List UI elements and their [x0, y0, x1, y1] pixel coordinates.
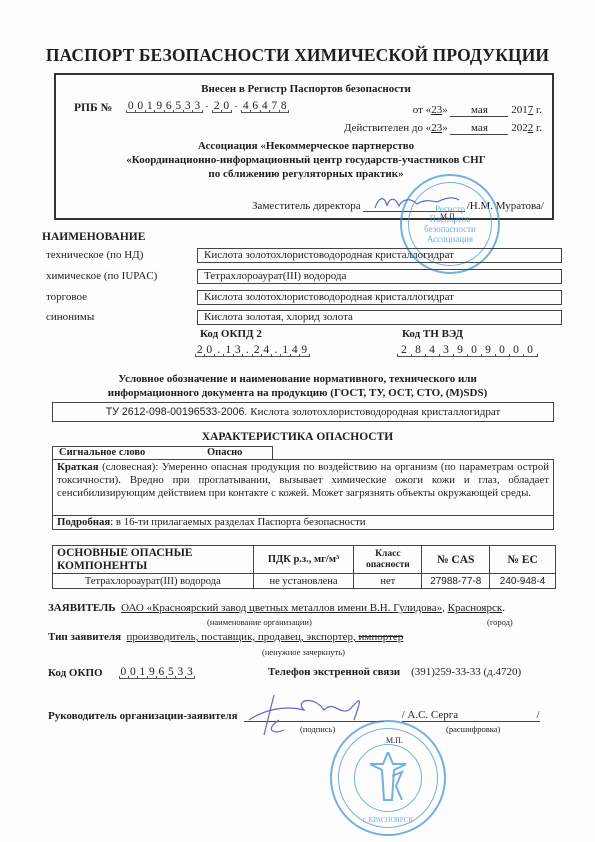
hazard-description-box: Краткая (словесная): Умеренно опасная пр… [52, 459, 554, 530]
digit: 0 [523, 344, 537, 357]
digit: 4 [262, 344, 272, 357]
header-hazard-class: Класс опасности [354, 546, 422, 574]
header-ec: № ЕС [490, 546, 556, 574]
normative-caption: Условное обозначение и наименование норм… [0, 372, 595, 400]
stamp-mark: М.П. [386, 736, 403, 745]
components-table: ОСНОВНЫЕ ОПАСНЫЕ КОМПОНЕНТЫ ПДК р.з., мг… [52, 545, 556, 589]
head-signature-line [244, 710, 384, 722]
caption-line: информационного документа на продукцию (… [0, 386, 595, 400]
header-cas: № CAS [422, 546, 490, 574]
date-valid: Действителен до «23» мая 2022 г. [344, 122, 542, 135]
cell-component: Тетрахлороаурат(III) водорода [53, 574, 254, 589]
applicant-label: ЗАЯВИТЕЛЬ [48, 602, 116, 614]
date-from: от «23» мая 2017 г. [413, 104, 542, 117]
digit: 0 [205, 344, 215, 357]
applicant-row: ЗАЯВИТЕЛЬ ОАО «Красноярский завод цветны… [48, 602, 505, 614]
digit: 6 [157, 666, 167, 679]
digit: 0 [136, 100, 146, 113]
digit: 3 [176, 666, 186, 679]
digit: 3 [193, 100, 203, 113]
digit: 4 [260, 100, 270, 113]
separator: · [202, 101, 212, 113]
digit: . [271, 344, 281, 357]
slash: / [537, 709, 540, 721]
digit: 9 [155, 100, 165, 113]
digit: 2 [252, 344, 262, 357]
okpo-code: 00196533 [119, 666, 195, 679]
digit: 7 [270, 100, 280, 113]
okpd-code: 20.13.24.149 [195, 344, 309, 357]
signal-word-label: Сигнальное слово [59, 447, 145, 458]
cell-ec: 240-948-4 [490, 574, 556, 589]
type-caption: (ненужное зачеркнуть) [262, 647, 345, 657]
hazard-short-label: Краткая [57, 461, 99, 473]
date-prefix: до [412, 122, 423, 134]
name-label-chemical: химическое (по IUPAC) [46, 270, 157, 282]
digit: 2 [212, 100, 222, 113]
okpo-label: Код ОКПО [48, 667, 103, 679]
digit: 0 [126, 100, 136, 113]
digit: 9 [481, 344, 495, 357]
signal-word-value: Опасно [207, 447, 242, 459]
table-header-row: ОСНОВНЫЕ ОПАСНЫЕ КОМПОНЕНТЫ ПДК р.з., мг… [53, 546, 556, 574]
digit: 4 [425, 344, 439, 357]
digit: 8 [279, 100, 289, 113]
digit: 1 [145, 100, 155, 113]
digit: 1 [138, 666, 148, 679]
digit: 1 [224, 344, 234, 357]
digit: 3 [185, 666, 195, 679]
name-value-trade: Кислота золотохлористоводородная кристал… [197, 290, 562, 305]
digit: 2 [195, 344, 205, 357]
digit: 0 [495, 344, 509, 357]
normative-name: Кислота золотохлористоводородная кристал… [250, 406, 500, 418]
applicant-type-struck: импортер [358, 631, 403, 643]
digit: 8 [411, 344, 425, 357]
digit: 5 [166, 666, 176, 679]
date-suffix: г. [536, 122, 542, 134]
name-label-trade: торговое [46, 291, 87, 303]
registry-heading: Внесен в Регистр Паспортов безопасности [56, 83, 556, 95]
cell-class: нет [354, 574, 422, 589]
date-month: мая [450, 122, 508, 135]
hazard-detail: Подробная: в 16-ти прилагаемых разделах … [53, 515, 553, 529]
rpb-label: РПБ № [74, 102, 112, 114]
digit: . [243, 344, 253, 357]
digit: 2 [397, 344, 411, 357]
header-components: ОСНОВНЫЕ ОПАСНЫЕ КОМПОНЕНТЫ [53, 546, 254, 574]
date-day: 23 [431, 104, 442, 116]
head-name-line: / А.С. Серга / [402, 709, 540, 722]
digit: 0 [222, 100, 232, 113]
digit: 9 [453, 344, 467, 357]
emergency-phone-row: Телефон экстренной связи (391)259-33-33 … [268, 666, 521, 678]
deputy-signature-row: Заместитель директора /Н.М. Муратова/ [252, 200, 544, 212]
date-year: 202 [511, 122, 528, 134]
digit: 0 [128, 666, 138, 679]
separator: · [231, 101, 241, 113]
seal-mark: М.П. [440, 212, 457, 221]
date-year: 201 [511, 104, 528, 116]
name-value-technical: Кислота золотохлористоводородная кристал… [197, 248, 562, 263]
header-pdk: ПДК р.з., мг/м³ [253, 546, 354, 574]
okpd-label: Код ОКПД 2 [200, 328, 262, 340]
phone-label: Телефон экстренной связи [268, 666, 400, 678]
phone-value: (391)259-33-33 (д.4720) [411, 666, 521, 678]
tnved-label: Код ТН ВЭД [402, 328, 463, 340]
city-caption: (город) [487, 617, 513, 627]
digit: 3 [439, 344, 453, 357]
date-suffix: г. [536, 104, 542, 116]
digit: 6 [164, 100, 174, 113]
digit: 0 [119, 666, 129, 679]
name-value-synonyms: Кислота золотая, хлорид золота [197, 310, 562, 325]
name-value-chemical: Тетрахлороаурат(III) водорода [197, 269, 562, 284]
association-line: «Координационно-информационный центр гос… [56, 153, 556, 167]
decode-caption: (расшифровка) [446, 724, 500, 734]
digit: 1 [281, 344, 291, 357]
digit: 5 [174, 100, 184, 113]
okpo-row: Код ОКПО 00196533 [48, 666, 195, 679]
digit: 3 [233, 344, 243, 357]
digit: 3 [183, 100, 193, 113]
name-label-technical: техническое (по НД) [46, 249, 143, 261]
digit: 9 [300, 344, 310, 357]
digit: 6 [251, 100, 261, 113]
date-prefix: от [413, 104, 423, 116]
association-line: Ассоциация «Некоммерческое партнерство [56, 139, 556, 153]
hazard-short-text: (словесная): Умеренно опасная продукция … [57, 461, 549, 499]
normative-code: ТУ 2612-098-00196533-2006. [106, 406, 248, 418]
association-name: Ассоциация «Некоммерческое партнерство «… [56, 139, 556, 181]
normative-document: ТУ 2612-098-00196533-2006. Кислота золот… [52, 402, 554, 422]
table-row: Тетрахлороаурат(III) водорода не установ… [53, 574, 556, 589]
digit: 4 [241, 100, 251, 113]
rpb-group-2: 20 [212, 100, 231, 113]
applicant-organization: ОАО «Красноярский завод цветных металлов… [121, 602, 442, 614]
rpb-group-1: 00196533 [126, 100, 202, 113]
date-day: 23 [431, 122, 442, 134]
factory-logo-icon [368, 752, 408, 802]
hazard-short: Краткая (словесная): Умеренно опасная пр… [57, 461, 549, 499]
digit: . [214, 344, 224, 357]
tnved-code: 2843909000 [397, 344, 537, 357]
rpb-group-3: 46478 [241, 100, 289, 113]
applicant-city: Красноярск [448, 602, 503, 614]
head-label: Руководитель организации-заявителя [48, 710, 238, 722]
hazard-detail-label: Подробная [57, 516, 110, 528]
date-month: мая [450, 104, 508, 117]
association-line: по сближению регуляторных практик» [56, 167, 556, 181]
applicant-type-row: Тип заявителя производитель, поставщик, … [48, 631, 403, 643]
deputy-label: Заместитель директора [252, 200, 361, 212]
hazard-detail-text: : в 16-ти прилагаемых разделах Паспорта … [110, 516, 365, 528]
caption-line: Условное обозначение и наименование норм… [0, 372, 595, 386]
digit: 9 [147, 666, 157, 679]
name-label-synonyms: синонимы [46, 311, 94, 323]
signature-caption: (подпись) [300, 724, 335, 734]
head-signature-row: Руководитель организации-заявителя / А.С… [48, 709, 540, 722]
stamp-city: г. КРАСНОЯРСК [332, 816, 444, 824]
digit: 0 [467, 344, 481, 357]
rpb-number: 00196533 · 20 · 46478 [126, 100, 289, 113]
applicant-types: производитель, поставщик, продавец, эксп… [127, 631, 359, 643]
cell-cas: 27988-77-8 [422, 574, 490, 589]
naming-heading: НАИМЕНОВАНИЕ [42, 231, 145, 243]
head-name: / А.С. Серга [402, 709, 459, 721]
digit: 4 [290, 344, 300, 357]
signal-word-box: Сигнальное слово Опасно [52, 446, 273, 459]
seal-text: Ассоциация [402, 234, 498, 244]
cell-pdk: не установлена [253, 574, 354, 589]
date-year-last: 7 [528, 104, 534, 116]
applicant-type-label: Тип заявителя [48, 631, 121, 643]
digit: 0 [509, 344, 523, 357]
document-title: ПАСПОРТ БЕЗОПАСНОСТИ ХИМИЧЕСКОЙ ПРОДУКЦИ… [0, 45, 595, 66]
hazard-heading: ХАРАКТЕРИСТИКА ОПАСНОСТИ [0, 431, 595, 443]
valid-label: Действителен [344, 122, 409, 134]
date-year-last: 2 [528, 122, 534, 134]
organization-caption: (наименование организации) [207, 617, 312, 627]
seal-text: безопасности [402, 224, 498, 234]
